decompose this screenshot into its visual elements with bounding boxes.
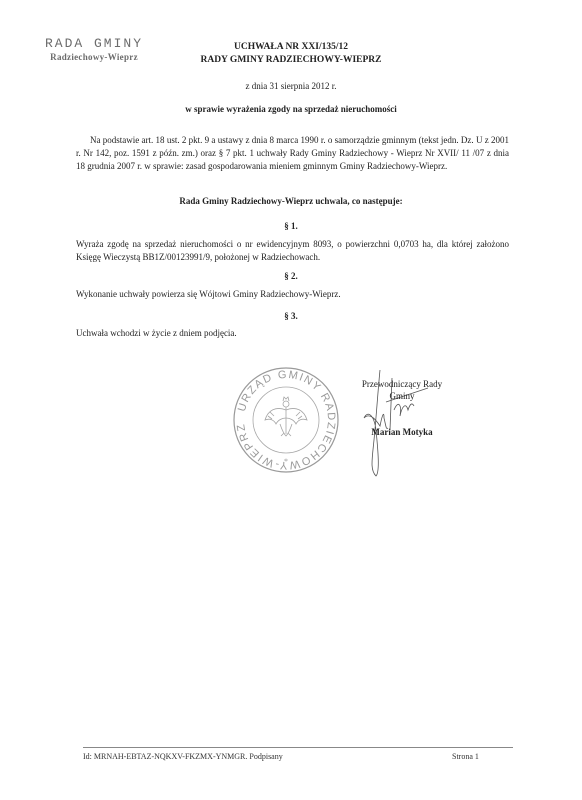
section-3-text: Uchwała wchodzi w życie z dniem podjęcia…: [76, 327, 509, 340]
footer-divider: [83, 747, 513, 748]
resolution-issuer: RADY GMINY RADZIECHOWY-WIEPRZ: [0, 55, 582, 65]
svg-text:*: *: [284, 457, 288, 466]
signatory-title: Przewodniczący Rady Gminy: [352, 378, 452, 402]
section-2-heading: § 2.: [0, 271, 582, 281]
resolution-title: UCHWAŁA NR XXI/135/12: [0, 42, 582, 52]
document-id: Id: MRNAH-EBTAZ-NQKXV-FKZMX-YNMGR. Podpi…: [83, 752, 283, 761]
section-1-text: Wyraża zgodę na sprzedaż nieruchomości o…: [76, 238, 509, 264]
decree-line: Rada Gminy Radziechowy-Wieprz uchwala, c…: [0, 196, 582, 206]
section-1-heading: § 1.: [0, 221, 582, 231]
section-3-heading: § 3.: [0, 311, 582, 321]
resolution-date: z dnia 31 sierpnia 2012 r.: [0, 81, 582, 91]
official-seal: URZĄD GMINY RADZIECHOWY-WIEPRZ *: [232, 366, 340, 474]
section-2-text: Wykonanie uchwały powierza się Wójtowi G…: [76, 288, 509, 301]
signatory-name: Marian Motyka: [352, 427, 452, 437]
legal-basis-paragraph: Na podstawie art. 18 ust. 2 pkt. 9 a ust…: [76, 134, 509, 174]
page-number: Strona 1: [452, 752, 479, 761]
eagle-emblem-icon: [265, 397, 307, 436]
resolution-subject: w sprawie wyrażenia zgody na sprzedaż ni…: [0, 104, 582, 114]
